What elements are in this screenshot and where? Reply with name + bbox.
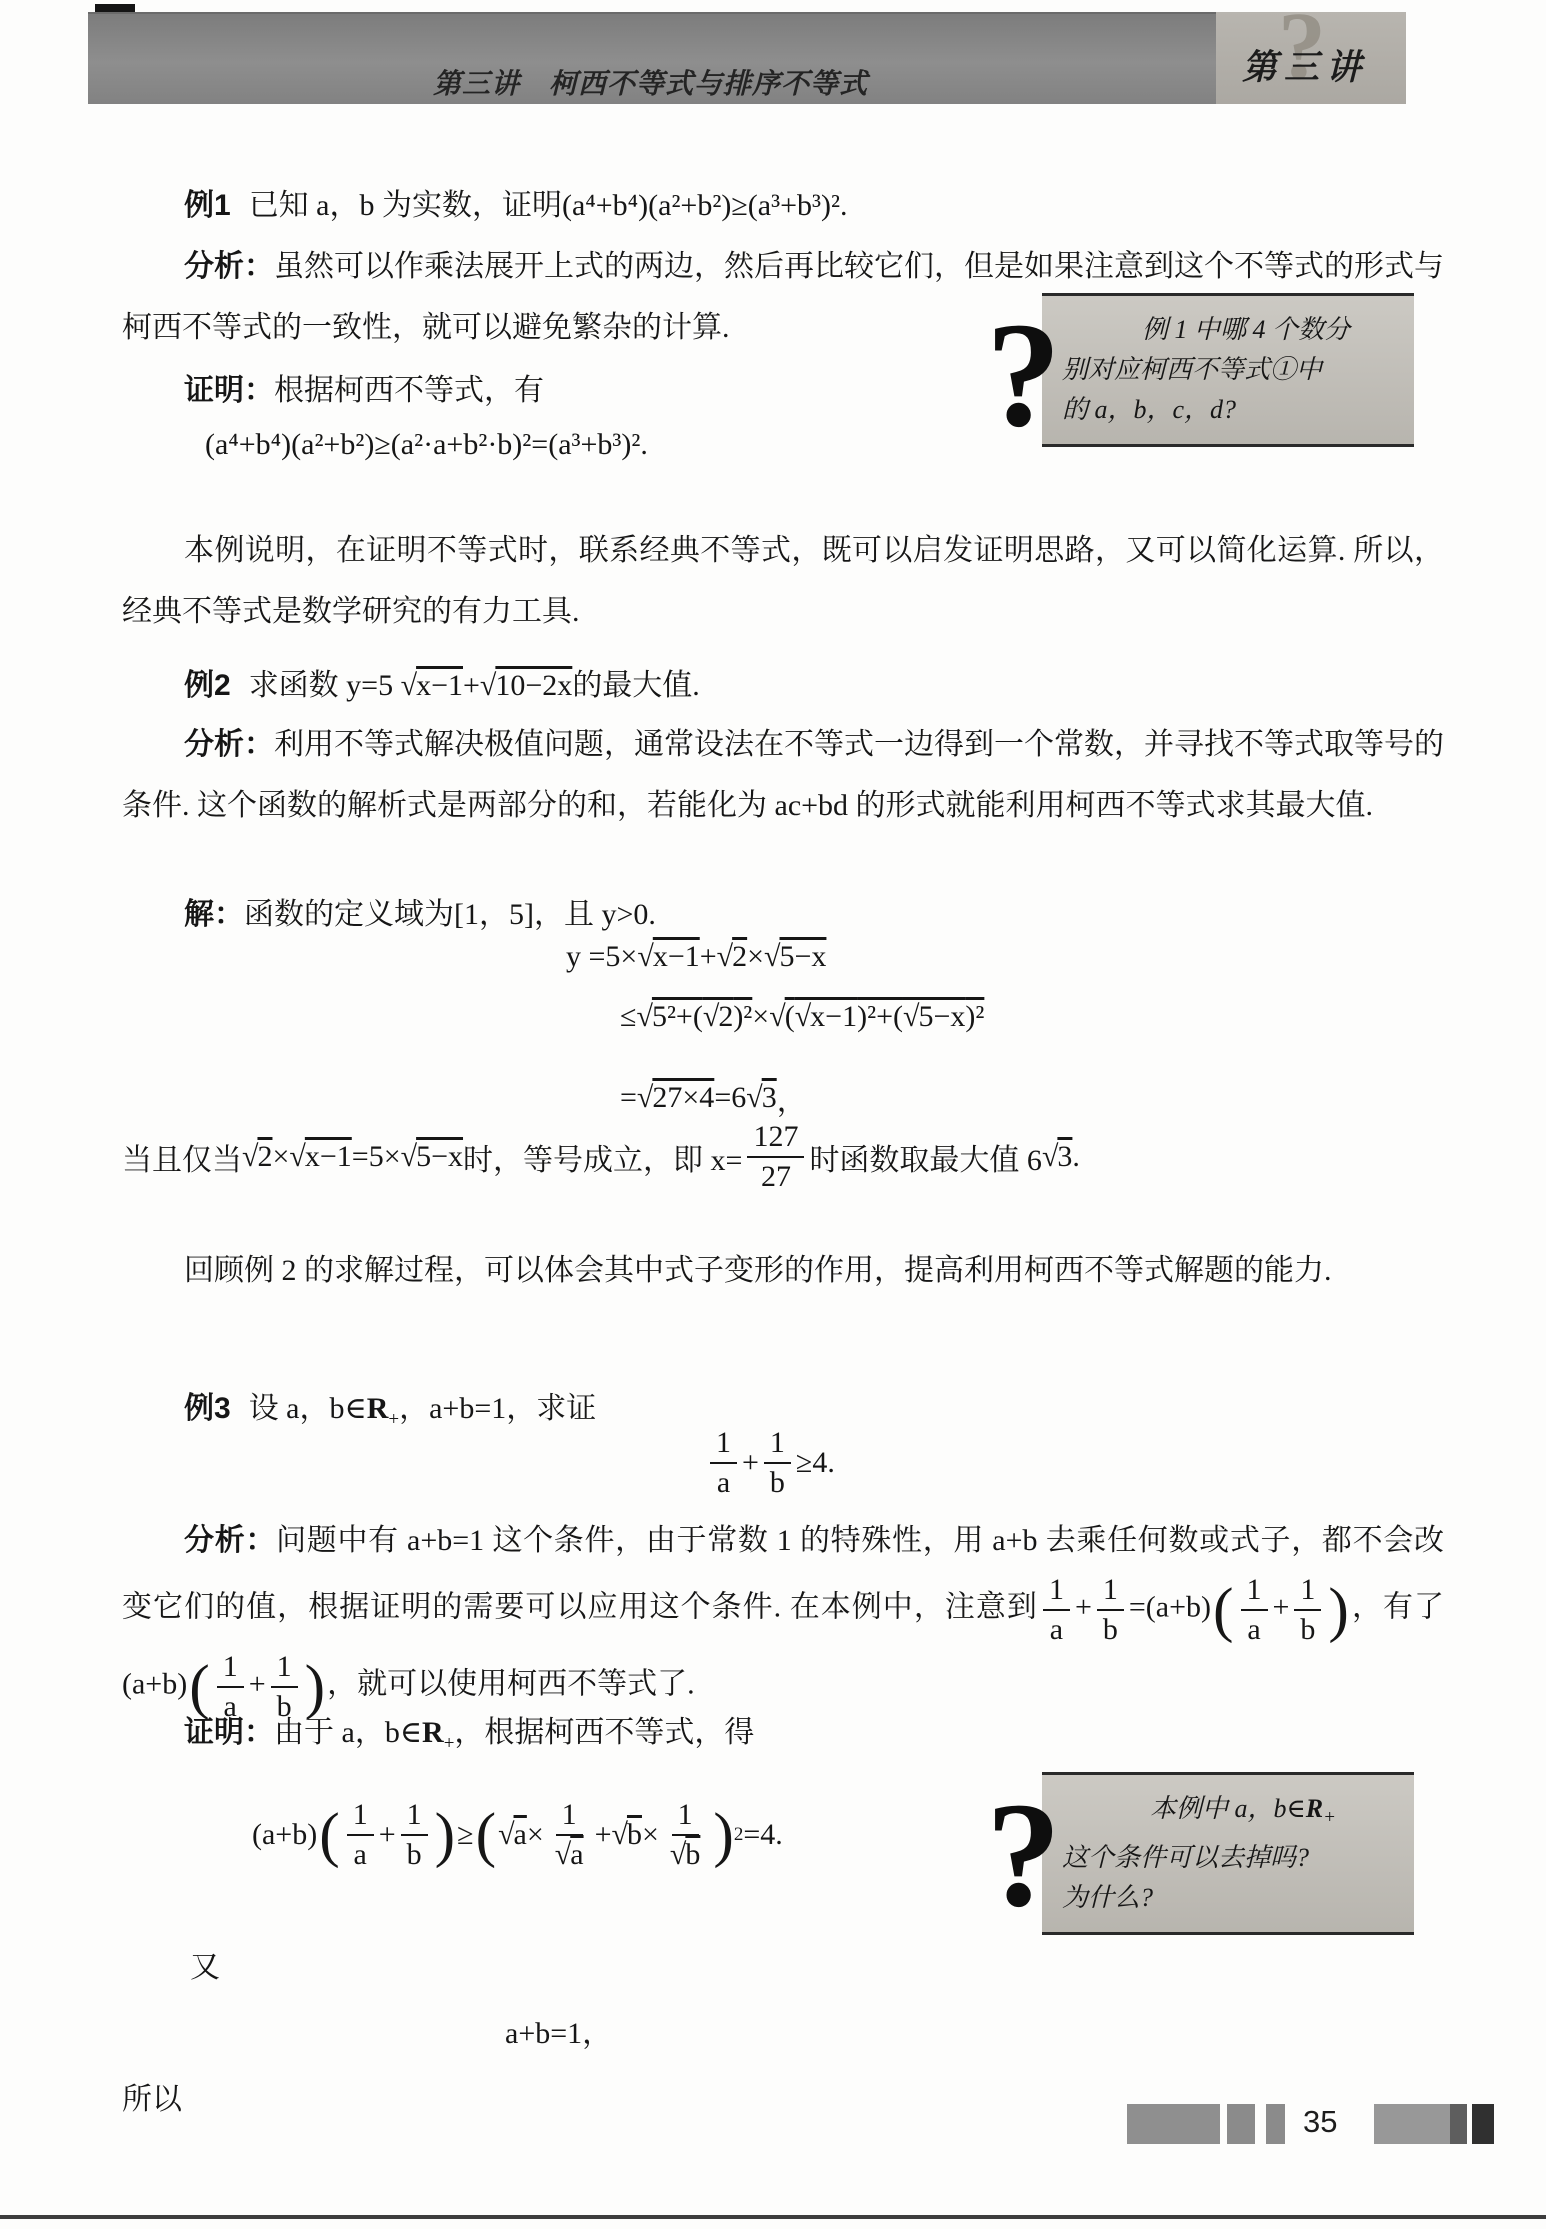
- radicand: x−1: [653, 940, 700, 974]
- formula-text: ，就可以使用柯西不等式了.: [327, 1667, 695, 1700]
- radicand: 2: [732, 940, 747, 974]
- ex2-st-post: 的最大值.: [572, 669, 700, 702]
- fraction-denominator: b: [401, 1836, 428, 1874]
- radical-sign: √: [401, 669, 417, 702]
- ex3-analysis: 分析：问题中有 a+b=1 这个条件，由于常数 1 的特殊性，用 a+b 去乘任…: [122, 1510, 1444, 1725]
- fraction-numerator: 1: [1043, 1571, 1070, 1611]
- fraction: 1√a: [549, 1796, 590, 1873]
- ex3-condition-formula: a+b=1，: [505, 2008, 612, 2052]
- page-number: 35: [1303, 2104, 1337, 2140]
- radical-sign: √: [703, 1000, 719, 1033]
- ex2-solution-intro-text: 函数的定义域为[1，5]，且 y>0.: [244, 898, 656, 931]
- ex2-analysis: 分析：利用不等式解决极值问题，通常设法在不等式一边得到一个常数，并寻找不等式取等…: [122, 714, 1444, 836]
- fraction-numerator: 1: [672, 1796, 699, 1836]
- formula-text: =6: [714, 1081, 746, 1115]
- radical-sign: √: [746, 1081, 762, 1115]
- formula-text: =(a+b): [1129, 1590, 1211, 1623]
- radicand: b: [627, 1818, 642, 1852]
- formula-text: (: [785, 1000, 795, 1033]
- radical-sign: √: [498, 1818, 514, 1852]
- ex2-equality-condition: 当且仅当√2×√x−1=5×√5−x时，等号成立，即 x=12727时函数取最大…: [122, 1118, 1080, 1195]
- radical-sign: √: [636, 1000, 652, 1034]
- fraction-denominator: √a: [549, 1836, 590, 1874]
- ex3-proof-intro-text2: ，根据柯西不等式，得: [454, 1716, 754, 1749]
- chapter-title: 第三讲 柯西不等式与排序不等式: [433, 62, 868, 102]
- radical-sign: √: [555, 1838, 571, 1871]
- radical-sign: √: [670, 1838, 686, 1871]
- ex2-review-note-text: 回顾例 2 的求解过程，可以体会其中式子变形的作用，提高利用柯西不等式解题的能力…: [184, 1254, 1332, 1287]
- ex3-proof-label: 证明：: [184, 1716, 274, 1749]
- radical-sign: √: [1042, 1140, 1058, 1174]
- formula-text: 当且仅当: [122, 1135, 242, 1179]
- question-box-2-line: 这个条件可以去掉吗?: [1062, 1838, 1400, 1878]
- formula-text: )²: [965, 1000, 984, 1033]
- radical-sign: √: [612, 1818, 628, 1852]
- ex3-label: 例3: [184, 1392, 231, 1425]
- textbook-page: ? 第三讲 第三讲 柯西不等式与排序不等式 例1已知 a，b 为实数，证明(a⁴…: [0, 0, 1546, 2229]
- ex1-proof-intro-text: 根据柯西不等式，有: [274, 374, 544, 407]
- fraction-numerator: 1: [764, 1424, 791, 1464]
- times-sign: ×: [642, 1818, 659, 1852]
- ex3-proof-intro: 证明：由于 a，b∈R+，根据柯西不等式，得: [122, 1702, 1444, 1774]
- footer-bar: [1472, 2104, 1494, 2144]
- footer-bar: [1266, 2104, 1285, 2144]
- ex2-st-pre: 求函数 y=5: [249, 669, 401, 702]
- radical-sign: √: [242, 1140, 258, 1174]
- fraction-denominator: b: [764, 1464, 791, 1502]
- radical-sign: √: [480, 669, 496, 702]
- ex3-goal-formula: 1a+1b≥4.: [705, 1424, 835, 1501]
- ex2-display-line-3: =√27×4=6 √3，: [620, 1076, 807, 1120]
- therefore-text: 所以: [122, 2074, 182, 2118]
- subscript-plus: +: [1323, 1807, 1336, 1828]
- formula-text: (a+b): [252, 1818, 317, 1852]
- geq-sign: ≥: [457, 1818, 473, 1852]
- times-sign: ×: [272, 1140, 289, 1174]
- formula-text: 5²+(: [652, 1000, 703, 1033]
- fraction: 1a: [347, 1796, 374, 1873]
- ex3-st2: ，a+b=1，求证: [399, 1392, 596, 1425]
- fraction-denominator: 27: [755, 1158, 797, 1196]
- radicand: 10−2x: [495, 669, 572, 702]
- radical-sign: √: [764, 940, 780, 974]
- ex2-display-line-1: y =5×√x−1+√2×√5−x: [566, 940, 826, 974]
- fraction: 1b: [401, 1796, 428, 1873]
- radicand: x−1: [305, 1140, 352, 1174]
- radicand: 5−x: [416, 1140, 463, 1174]
- radical-sign: √: [795, 1000, 811, 1033]
- fraction: 1b: [1294, 1571, 1321, 1648]
- fraction: 1a: [710, 1424, 737, 1501]
- plus-sign: +: [700, 940, 717, 974]
- fraction-denominator: b: [1097, 1611, 1124, 1649]
- right-paren: ): [1328, 1576, 1348, 1644]
- fraction-numerator: 1: [1097, 1571, 1124, 1611]
- radicand: 5−x: [780, 940, 827, 974]
- question-mark-ornament: ?: [986, 1780, 1061, 1930]
- fraction-denominator: a: [348, 1836, 373, 1874]
- question-box-1-line: 别对应柯西不等式①中: [1062, 350, 1400, 390]
- fraction-numerator: 1: [556, 1796, 583, 1836]
- ex1-statement-text: 已知 a，b 为实数，证明(a⁴+b⁴)(a²+b²)≥(a³+b³)².: [249, 189, 848, 222]
- set-R-symbol: R: [367, 1392, 389, 1425]
- formula-text: 时函数取最大值 6: [809, 1135, 1042, 1179]
- times-sign: ×: [747, 940, 764, 974]
- formula-text: =4.: [743, 1818, 782, 1852]
- margin-question-box-1: 例 1 中哪 4 个数分 别对应柯西不等式①中 的 a，b，c，d?: [1042, 293, 1414, 447]
- ex1-note: 本例说明，在证明不等式时，联系经典不等式，既可以启发证明思路，又可以简化运算. …: [122, 520, 1444, 642]
- radicand: 3: [1057, 1140, 1072, 1174]
- radicand: 5−x: [918, 1000, 965, 1033]
- radical-sign: √: [289, 1140, 305, 1174]
- ex1-proof-label: 证明：: [184, 374, 274, 407]
- ex3-therefore-word: 所以: [122, 2074, 182, 2118]
- radical-sign: √: [769, 1000, 785, 1034]
- radicand: 5²+(√2)²: [652, 1000, 752, 1034]
- ex2-analysis-text: 利用不等式解决极值问题，通常设法在不等式一边得到一个常数，并寻找不等式取等号的条…: [122, 728, 1444, 822]
- ex3-proof-intro-text: 由于 a，b∈: [274, 1716, 422, 1749]
- plus-sign: +: [1273, 1590, 1290, 1623]
- plus-sign: +: [595, 1818, 612, 1852]
- ex2-solution-intro: 解：函数的定义域为[1，5]，且 y>0.: [122, 884, 1444, 945]
- radicand: a: [514, 1818, 527, 1852]
- ex2-statement: 例2求函数 y=5 √x−1+√10−2x的最大值.: [122, 655, 1444, 716]
- chapter-badge-box: ? 第三讲: [1216, 12, 1406, 104]
- fraction-numerator: 127: [747, 1118, 804, 1158]
- footer-bar: [1127, 2104, 1220, 2144]
- ex1-statement: 例1已知 a，b 为实数，证明(a⁴+b⁴)(a²+b²)≥(a³+b³)².: [122, 175, 1444, 236]
- fraction: 1√b: [664, 1796, 706, 1873]
- fraction: 1a: [1043, 1571, 1070, 1648]
- margin-question-box-2: 本例中 a，b∈R+ 这个条件可以去掉吗? 为什么?: [1042, 1772, 1414, 1935]
- fraction-denominator: b: [1294, 1611, 1321, 1649]
- fraction-denominator: √b: [664, 1836, 706, 1874]
- ex1-analysis-label: 分析：: [184, 250, 274, 283]
- question-box-2-text: 本例中 a，b∈: [1150, 1794, 1306, 1823]
- set-R-symbol: R: [422, 1716, 444, 1749]
- radical-sign: √: [717, 940, 733, 974]
- ex1-proof-formula: (a⁴+b⁴)(a²+b²)≥(a²·a+b²·b)²=(a³+b³)².: [205, 428, 648, 462]
- fraction: 1b: [764, 1424, 791, 1501]
- plus-sign: +: [379, 1818, 396, 1852]
- times-sign: ×: [752, 1000, 769, 1034]
- radical-sign: √: [637, 1081, 653, 1115]
- ex2-solution-label: 解：: [184, 898, 244, 931]
- plus-sign: +: [463, 669, 480, 702]
- ex2-review-note: 回顾例 2 的求解过程，可以体会其中式子变形的作用，提高利用柯西不等式解题的能力…: [122, 1240, 1444, 1301]
- fraction-denominator: a: [1241, 1611, 1266, 1649]
- radical-sign: √: [903, 1000, 919, 1033]
- radicand: 3: [762, 1081, 777, 1115]
- fraction-numerator: 1: [1241, 1571, 1268, 1611]
- fraction-numerator: 1: [710, 1424, 737, 1464]
- exponent-2: 2: [734, 1824, 744, 1846]
- fraction-numerator: 1: [217, 1648, 244, 1688]
- ex1-proof-formula-text: (a⁴+b⁴)(a²+b²)≥(a²·a+b²·b)²=(a³+b³)².: [205, 428, 648, 462]
- radicand: a: [570, 1838, 583, 1871]
- formula-text: )²: [733, 1000, 752, 1033]
- footer-bar: [1374, 2104, 1450, 2144]
- ex3-analysis-label: 分析：: [184, 1524, 276, 1557]
- fraction: 1b: [1097, 1571, 1124, 1648]
- ex3-proof-formula: (a+b)(1a+1b)≥(√a×1√a+√b×1√b)2=4.: [252, 1796, 783, 1873]
- fraction-denominator: a: [711, 1464, 736, 1502]
- left-paren: (: [1213, 1576, 1233, 1644]
- formula-text: .: [1072, 1140, 1080, 1174]
- radicand: b: [685, 1838, 700, 1871]
- formula-text: =5×: [352, 1140, 401, 1174]
- ex2-analysis-label: 分析：: [184, 728, 274, 761]
- fraction-denominator: a: [1044, 1611, 1069, 1649]
- question-box-2-line: 本例中 a，b∈R+: [1062, 1789, 1400, 1838]
- leq-sign: ≤: [620, 1000, 636, 1034]
- radicand: 2: [257, 1140, 272, 1174]
- plus-sign: +: [249, 1667, 266, 1700]
- fraction-numerator: 1: [347, 1796, 374, 1836]
- radicand: x−1: [416, 669, 463, 702]
- radical-sign: √: [401, 1140, 417, 1174]
- question-box-1-line: 的 a，b，c，d?: [1062, 390, 1400, 430]
- plus-sign: +: [742, 1446, 759, 1480]
- equals-sign: =: [620, 1081, 637, 1115]
- fraction: 12727: [747, 1118, 804, 1195]
- footer-bar: [1227, 2104, 1255, 2144]
- question-box-2-line: 为什么?: [1062, 1878, 1400, 1918]
- also-text: 又: [190, 1942, 220, 1986]
- formula-text: ，: [777, 1076, 807, 1120]
- formula-text: )²+(: [857, 1000, 903, 1033]
- times-sign: ×: [527, 1818, 544, 1852]
- plus-sign: +: [1075, 1590, 1092, 1623]
- radical-sign: √: [637, 940, 653, 974]
- condition-text: a+b=1，: [505, 2008, 612, 2052]
- fraction-numerator: 1: [1294, 1571, 1321, 1611]
- ex1-label: 例1: [184, 189, 231, 222]
- radicand: (√x−1)²+(√5−x)²: [785, 1000, 985, 1034]
- question-box-1-line: 例 1 中哪 4 个数分: [1062, 310, 1400, 350]
- ex1-note-text: 本例说明，在证明不等式时，联系经典不等式，既可以启发证明思路，又可以简化运算. …: [122, 534, 1444, 628]
- ex2-display-line-2: ≤√5²+(√2)²×√(√x−1)²+(√5−x)²: [620, 1000, 984, 1034]
- chapter-badge: 第三讲: [1242, 40, 1368, 90]
- formula-text: 时，等号成立，即 x=: [463, 1135, 742, 1179]
- bottom-rule: [0, 2215, 1546, 2219]
- fraction-numerator: 1: [271, 1648, 298, 1688]
- subscript-plus: +: [444, 1733, 455, 1754]
- radicand: 27×4: [652, 1081, 714, 1115]
- geq-sign: ≥4.: [796, 1446, 835, 1480]
- radicand: 2: [718, 1000, 733, 1033]
- ex3-also-word: 又: [190, 1942, 220, 1986]
- ex2-label: 例2: [184, 669, 231, 702]
- formula-text: y =5×: [566, 940, 637, 974]
- radicand: x−1: [810, 1000, 857, 1033]
- question-mark-ornament: ?: [986, 300, 1061, 450]
- footer-bar: [1450, 2104, 1467, 2144]
- ex3-st1: 设 a，b∈: [249, 1392, 367, 1425]
- fraction: 1a: [1241, 1571, 1268, 1648]
- fraction-numerator: 1: [401, 1796, 428, 1836]
- subscript-plus: +: [388, 1409, 399, 1430]
- set-R-symbol: R: [1306, 1794, 1323, 1823]
